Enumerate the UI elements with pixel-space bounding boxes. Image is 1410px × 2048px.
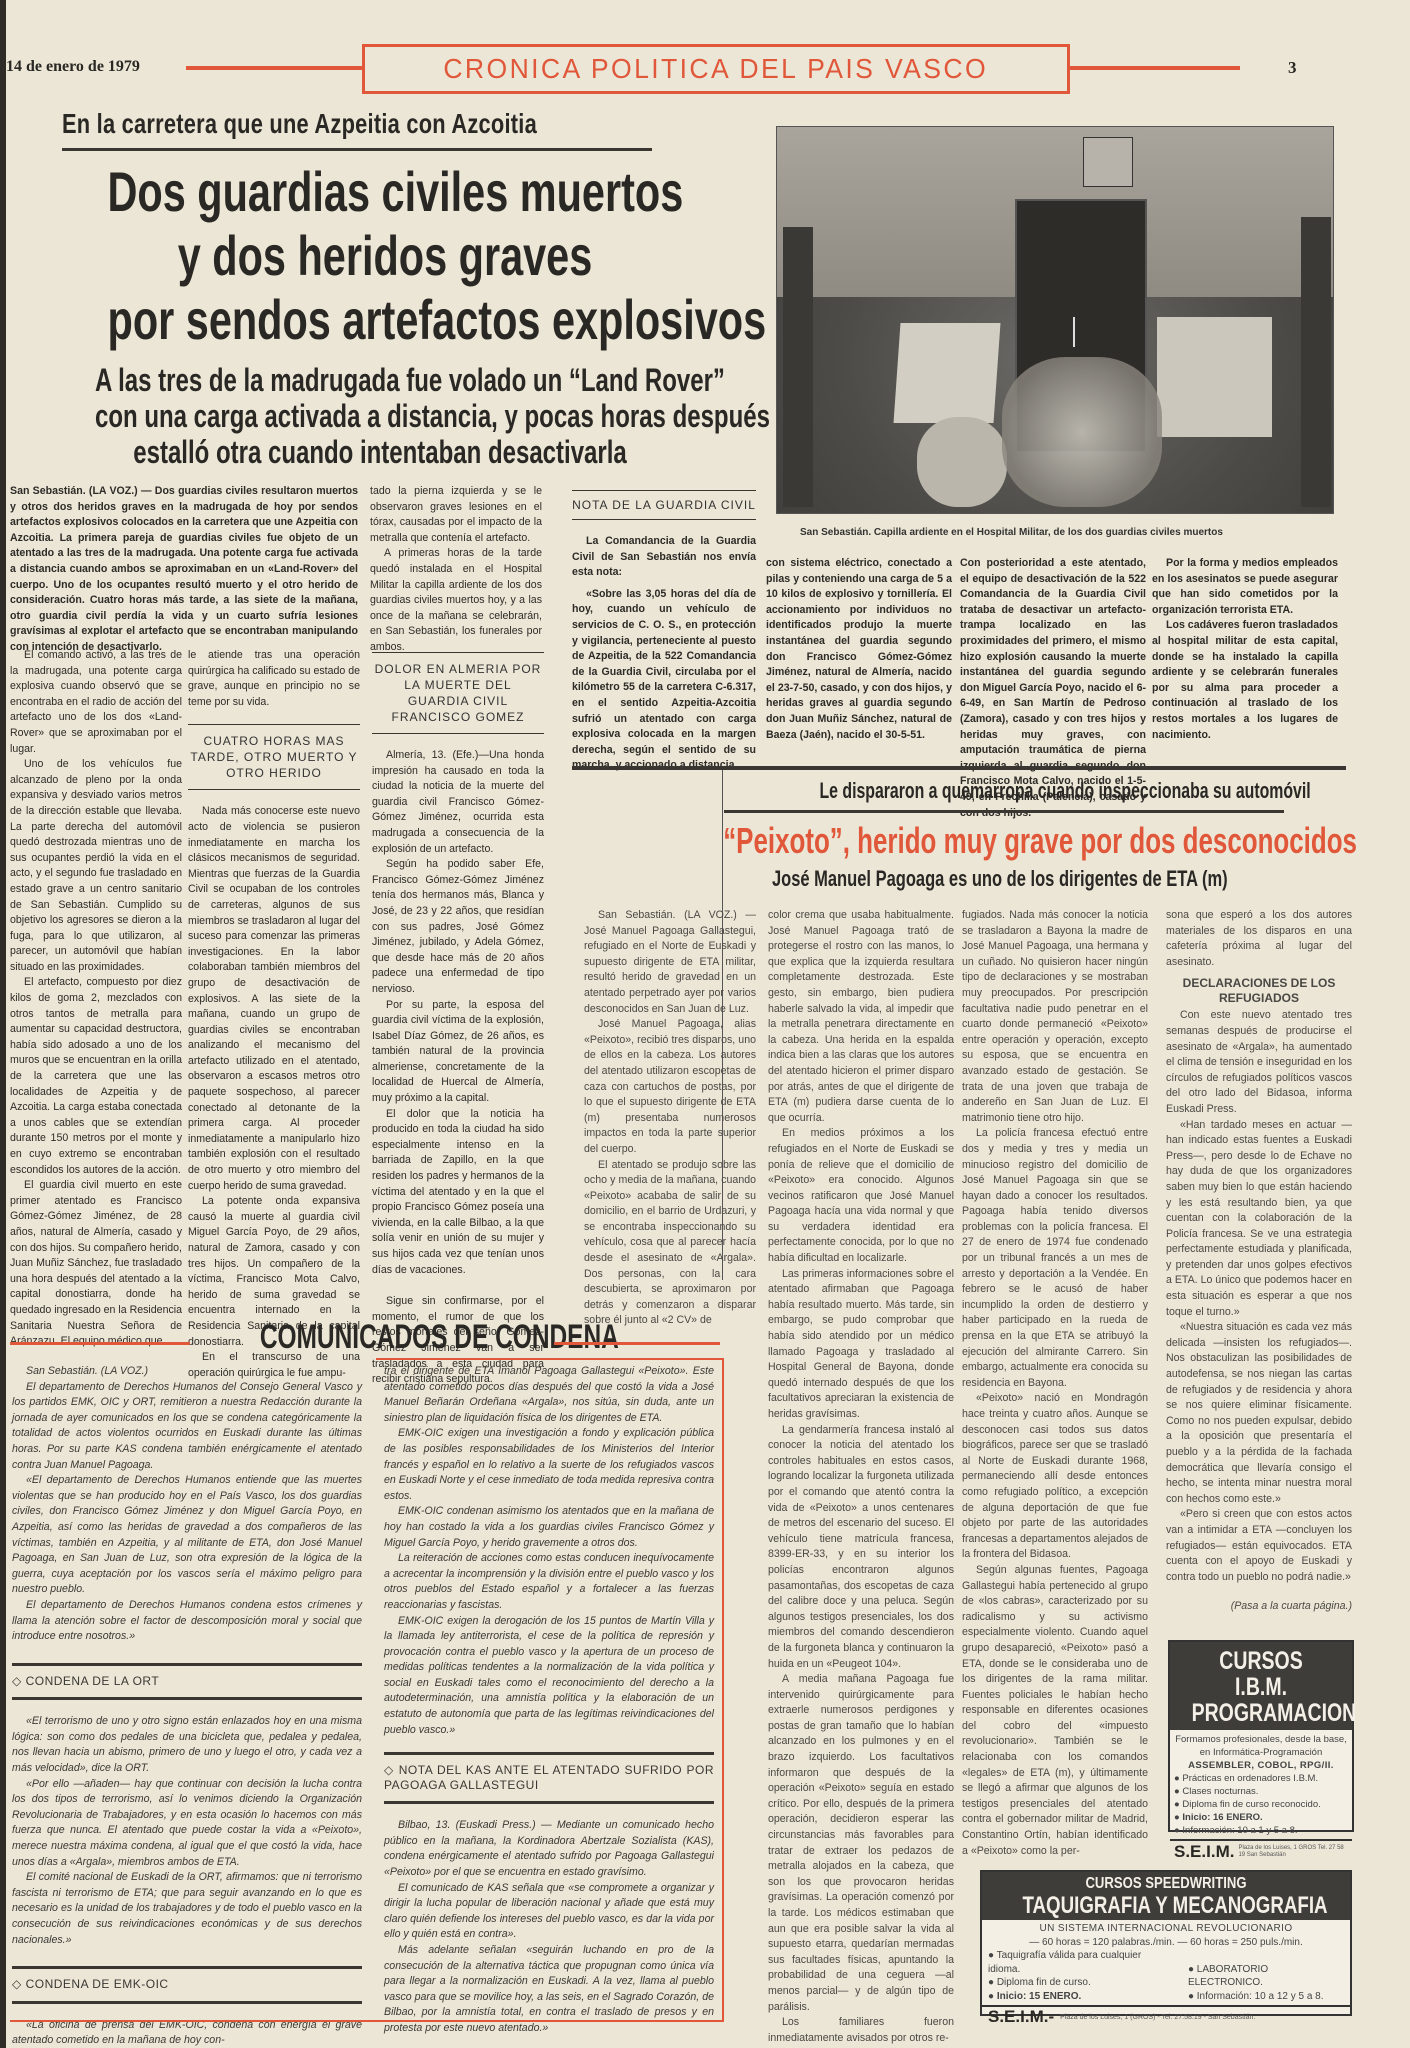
ibm-courses-ad: CURSOS I.B.M. PROGRAMACION Formamos prof… [1168,1640,1354,1832]
issue-date: 14 de enero de 1979 [6,58,140,76]
kicker-underline [62,148,652,151]
lead-column-2: le atiende tras una operación quirúrgica… [188,648,360,1381]
comunicados-column-1: San Sebastián. (LA VOZ.) El departamento… [12,1364,362,2048]
speedwriting-ad: CURSOS SPEEDWRITING TAQUIGRAFIA Y MECANO… [980,1870,1352,2016]
comunicados-rule-right [554,1342,720,1345]
header-rule-left [186,66,362,70]
comunicados-bottom-rule [10,2020,722,2022]
subhead-dolor-almeria: DOLOR EN ALMERIA POR LA MUERTE DEL GUARD… [372,661,544,725]
note-continuation-col1: con sistema eléctrico, conectado a pilas… [766,556,952,743]
photo-caption: San Sebastián. Capilla ardiente en el Ho… [800,527,1223,538]
guardia-civil-note: NOTA DE LA GUARDIA CIVIL La Comandancia … [572,484,756,774]
speedwriting-ad-title: CURSOS SPEEDWRITING TAQUIGRAFIA Y MECANO… [982,1872,1350,1920]
ibm-ad-title: CURSOS I.B.M. PROGRAMACION [1170,1642,1352,1730]
page-number: 3 [1288,58,1297,78]
peixoto-subhead: José Manuel Pagoaga es uno de los dirige… [640,866,1360,892]
peixoto-column-2: color crema que usaba habitualmente. Jos… [768,908,954,2046]
deck-line-1: A las tres de la madrugada fue volado un… [95,362,665,398]
peixoto-headline: “Peixoto”, herido muy grave por dos desc… [600,820,1410,862]
comunicados-title: COMUNICADOS DE CONDENA [190,1318,550,1357]
lead-column-1: El comando activó, a las tres de la madr… [10,648,182,1350]
almeria-column: DOLOR EN ALMERIA POR LA MUERTE DEL GUARD… [372,648,544,1388]
section-title: CRONICA POLITICA DEL PAIS VASCO [444,53,989,85]
deck-line-3: estalló otra cuando intentaban desactiva… [95,434,665,470]
comunicados-column-2: tra el dirigente de ETA Imanol Pagoaga G… [384,1364,714,2037]
section-banner: CRONICA POLITICA DEL PAIS VASCO [362,44,1070,94]
subhead-declaraciones: DECLARACIONES DE LOS REFUGIADOS [1166,976,1352,1006]
subhead-condena-ort: ◇ CONDENA DE LA ORT [12,1674,362,1690]
deck-line-2: con una carga activada a distancia, y po… [95,398,665,434]
peixoto-column-3: fugiados. Nada más conocer la noticia se… [962,908,1148,1859]
lead-column-2-top: tado la pierna izquierda y se le observa… [370,484,542,656]
binding-edge [0,0,6,2048]
section-divider-rule [572,766,1346,770]
headline-line-1: Dos guardias civiles muertos [108,160,663,224]
lead-lede: San Sebastián. (LA VOZ.) — Dos guardias … [10,484,358,656]
lead-deck: A las tres de la madrugada fue volado un… [0,362,760,470]
subhead-condena-emk-oic: ◇ CONDENA DE EMK-OIC [12,1977,362,1993]
headline-line-2: y dos heridos graves [108,224,663,288]
headline-line-3: por sendos artefactos explosivos [108,288,663,352]
peixoto-column-1: San Sebastián. (LA VOZ.) — José Manuel P… [584,908,756,1329]
peixoto-column-4: sona que esperó a los dos autores materi… [1166,908,1352,1615]
subhead-cuatro-horas: CUATRO HORAS MAS TARDE, OTRO MUERTO Y OT… [188,733,360,781]
continued-note: (Pasa a la cuarta página.) [1166,1599,1352,1615]
comunicados-rule-left [10,1342,190,1345]
peixoto-kicker: Le dispararon a quemarropa cuando inspec… [724,778,1324,804]
header-rule-right [1070,66,1240,70]
subhead-nota-guardia-civil: NOTA DE LA GUARDIA CIVIL [572,497,756,513]
subhead-nota-kas: ◇ NOTA DEL KAS ANTE EL ATENTADO SUFRIDO … [384,1763,714,1793]
speedwriting-ad-brand: S.E.I.M.- [988,2007,1054,2027]
ibm-ad-brand: S.E.I.M. [1174,1842,1234,1862]
lead-headline: Dos guardias civiles muertos y dos herid… [10,160,760,352]
chapel-photo [776,126,1334,514]
peixoto-kicker-underline [724,810,1284,813]
note-continuation-col3: Por la forma y medios empleados en los a… [1152,556,1338,743]
lead-kicker: En la carretera que une Azpeitia con Azc… [62,108,522,140]
